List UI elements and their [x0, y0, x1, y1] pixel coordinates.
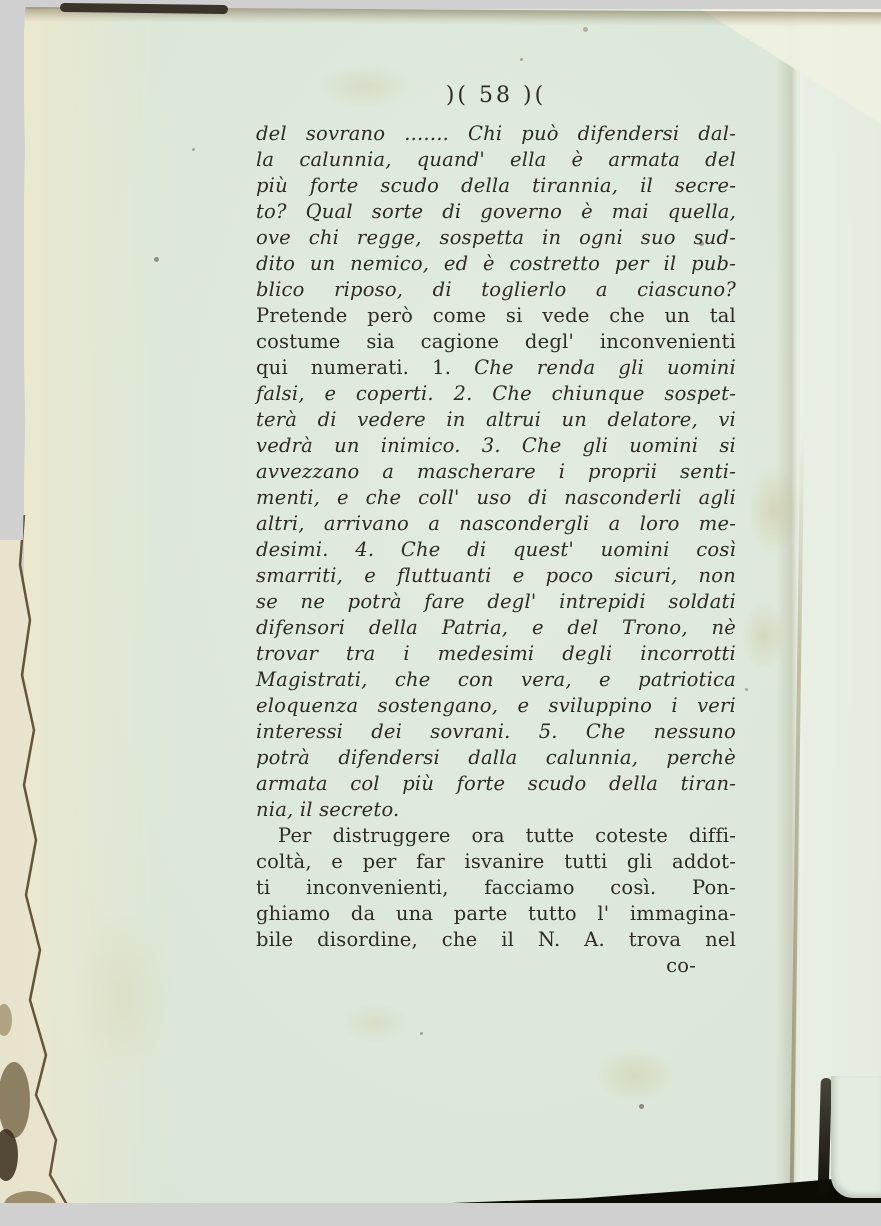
- text-line: bile disordine, che il N. A. trova nel: [256, 927, 736, 953]
- text-line: Per distruggere ora tutte coteste diffi-: [256, 823, 736, 849]
- text-line: menti, e che coll' uso di nasconderli ag…: [256, 485, 736, 511]
- text-line: altri, arrivano a nascondergli a loro me…: [256, 511, 736, 537]
- text-line: ti inconvenienti, facciamo così. Pon-: [256, 875, 736, 901]
- text-line: potrà difendersi dalla calunnia, perchè: [256, 745, 736, 771]
- text-line: se ne potrà fare degl' intrepidi soldati: [256, 589, 736, 615]
- text-line: terà di vedere in altrui un delatore, vi: [256, 407, 736, 433]
- text-line: difensori della Patria, e del Trono, nè: [256, 615, 736, 641]
- text-segment: qui numerati. 1.: [256, 356, 451, 379]
- page-number-header: )( 58 )(: [256, 83, 736, 109]
- text-block: del sovrano ....... Chi può difendersi d…: [256, 121, 736, 979]
- text-line: Magistrati, che con vera, e patriotica: [256, 667, 736, 693]
- text-line: vedrà un inimico. 3. Che gli uomini si: [256, 433, 736, 459]
- text-line: qui numerati. 1. Che renda gli uomini: [256, 355, 736, 381]
- text-line: coltà, e per far isvanire tutti gli addo…: [256, 849, 736, 875]
- text-line: del sovrano ....... Chi può difendersi d…: [256, 121, 736, 147]
- text-line: ghiamo da una parte tutto l' immagina-: [256, 901, 736, 927]
- text-line: costume sia cagione degl' inconvenienti: [256, 329, 736, 355]
- text-line: più forte scudo della tirannia, il secre…: [256, 173, 736, 199]
- text-segment: Che renda gli uomini: [474, 356, 736, 379]
- text-line: eloquenza sostengano, e sviluppino i ver…: [256, 693, 736, 719]
- torn-left-edge-graphic: [0, 515, 110, 1226]
- text-line: trovar tra i medesimi degli incorrotti: [256, 641, 736, 667]
- scanner-margin-bottom: [0, 1203, 881, 1226]
- next-page-edge: [800, 9, 881, 1203]
- text-line: Pretende però come si vede che un tal: [256, 303, 736, 329]
- text-line: desimi. 4. Che di quest' uomini così: [256, 537, 736, 563]
- text-line: blico riposo, di toglierlo a ciascuno?: [256, 277, 736, 303]
- book-scan: )( 58 )( del sovrano ....... Chi può dif…: [0, 0, 881, 1226]
- text-line: avvezzano a mascherare i proprii senti-: [256, 459, 736, 485]
- scanner-margin-left: [0, 0, 26, 540]
- catchword: co-: [256, 953, 736, 979]
- text-line: smarriti, e fluttuanti e poco sicuri, no…: [256, 563, 736, 589]
- text-line: nia, il secreto.: [256, 797, 736, 823]
- text-line: dito un nemico, ed è costretto per il pu…: [256, 251, 736, 277]
- text-line: interessi dei sovrani. 5. Che nessuno: [256, 719, 736, 745]
- next-page-corner: [831, 1076, 881, 1198]
- text-line: falsi, e coperti. 2. Che chiunque sospet…: [256, 381, 736, 407]
- text-line: to? Qual sorte di governo è mai quella,: [256, 199, 736, 225]
- text-line: la calunnia, quand' ella è armata del: [256, 147, 736, 173]
- text-line: armata col più forte scudo della tiran-: [256, 771, 736, 797]
- text-line: ove chi regge, sospetta in ogni suo sud-: [256, 225, 736, 251]
